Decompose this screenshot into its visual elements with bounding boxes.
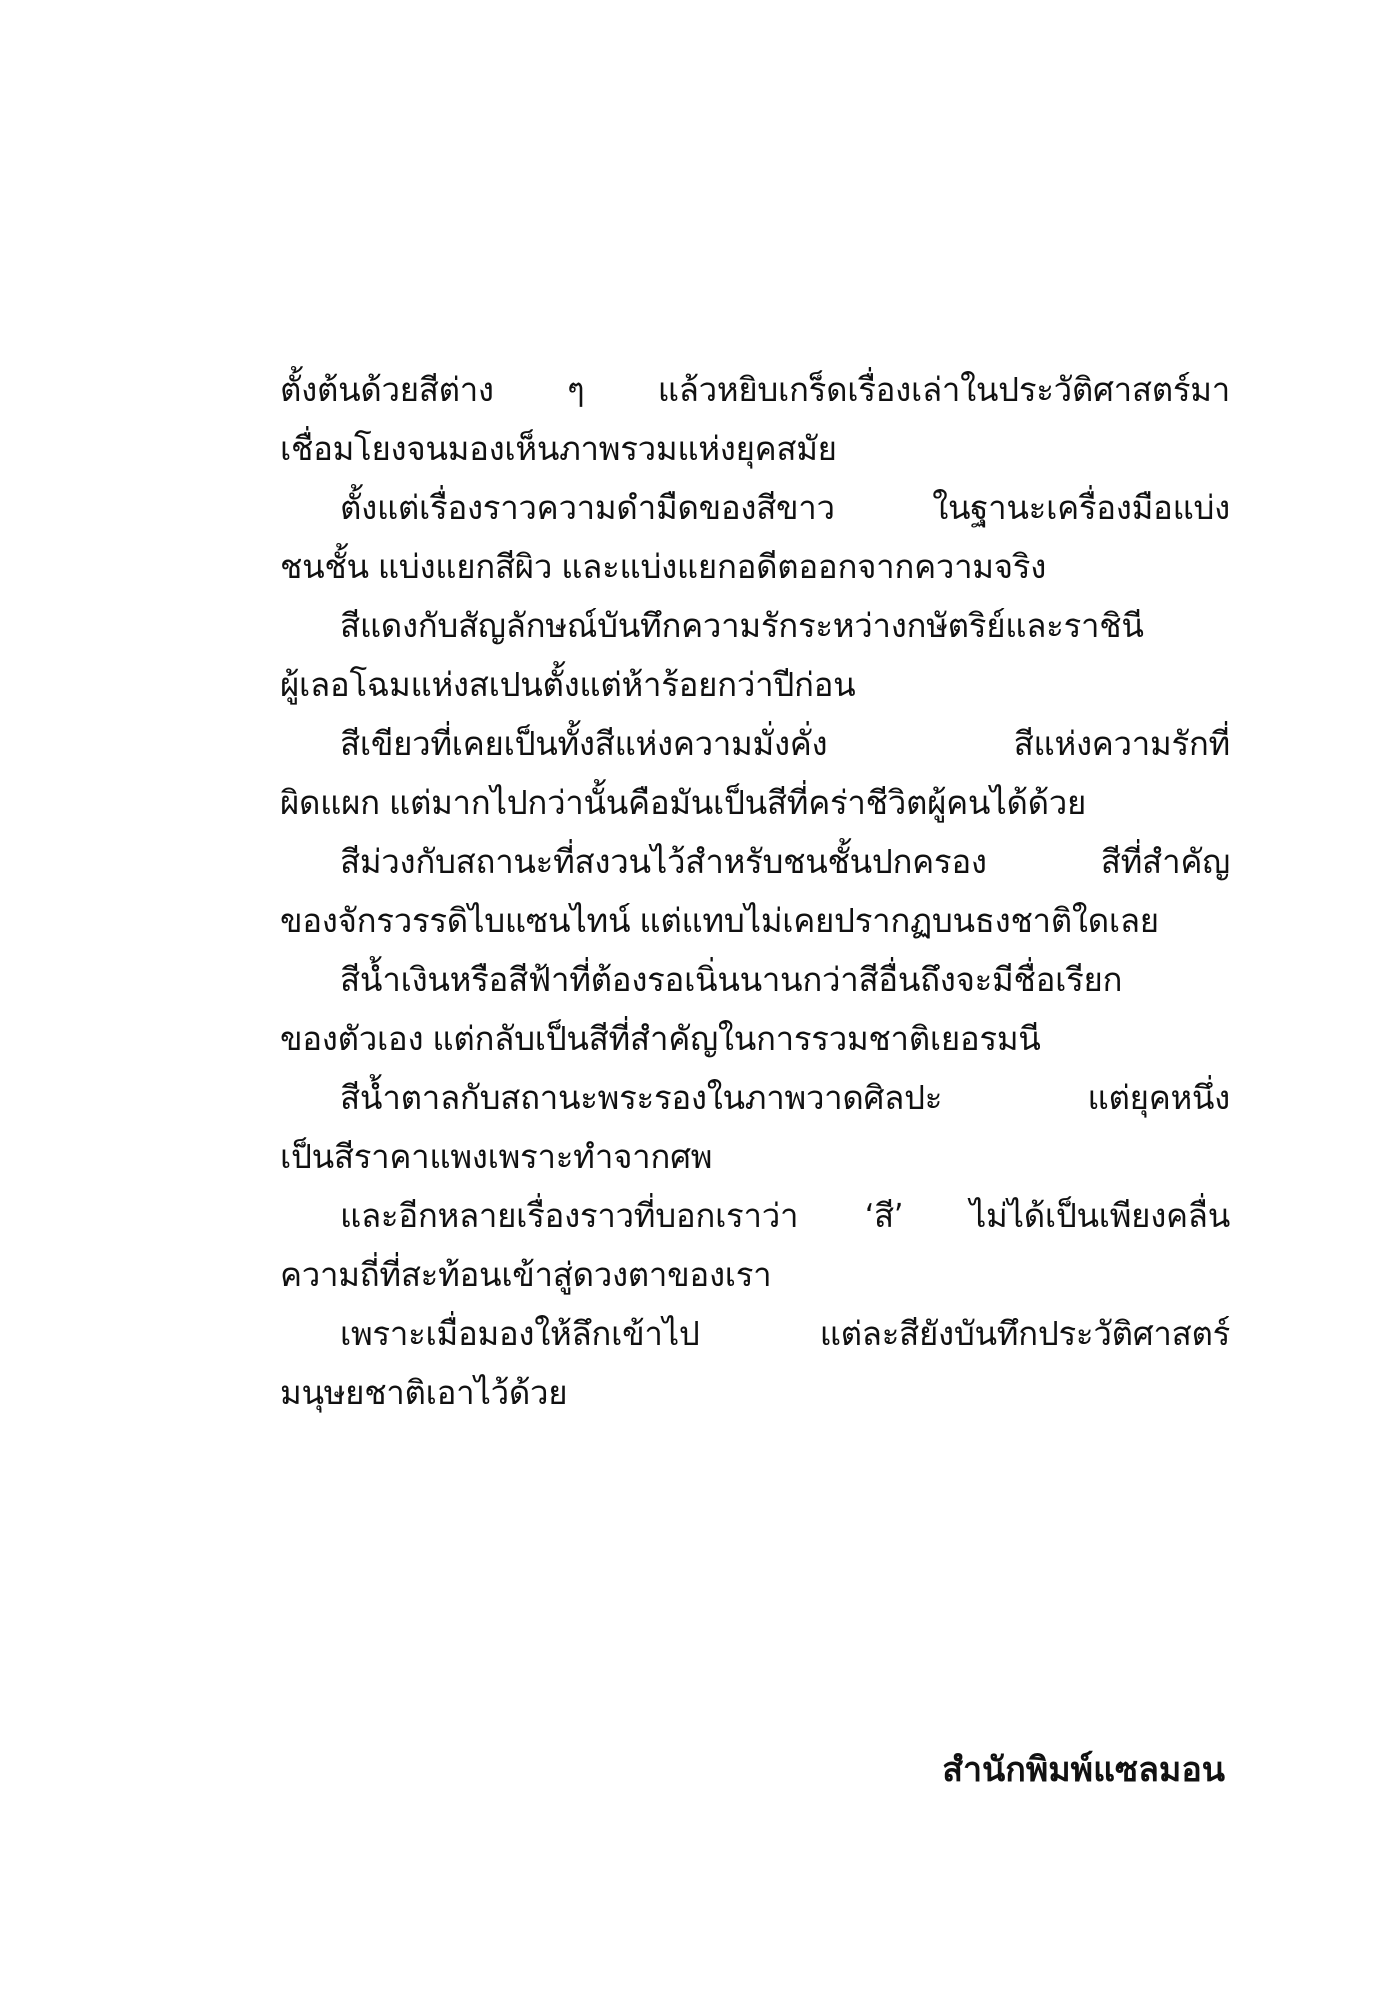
text-line: สีเขียวที่เคยเป็นทั้งสีแห่งความมั่งคั่ง …	[280, 714, 1230, 773]
text-line: ชนชั้น แบ่งแยกสีผิว และแบ่งแยกอดีตออกจาก…	[280, 537, 1230, 596]
text-line: มนุษยชาติเอาไว้ด้วย	[280, 1363, 1230, 1422]
text-line: ของตัวเอง แต่กลับเป็นสีที่สำคัญในการรวมช…	[280, 1009, 1230, 1068]
publisher-name: สำนักพิมพ์แซลมอน	[942, 1742, 1225, 1796]
book-page: ตั้งต้นด้วยสีต่าง ๆ แล้วหยิบเกร็ดเรื่องเ…	[0, 0, 1400, 2016]
text-line: ของจักรวรรดิไบแซนไทน์ แต่แทบไม่เคยปรากฏบ…	[280, 891, 1230, 950]
body-text: ตั้งต้นด้วยสีต่าง ๆ แล้วหยิบเกร็ดเรื่องเ…	[280, 360, 1230, 1422]
text-line: เป็นสีราคาแพงเพราะทำจากศพ	[280, 1127, 1230, 1186]
text-line: ตั้งแต่เรื่องราวความดำมืดของสีขาว ในฐานะ…	[280, 478, 1230, 537]
text-line: สีแดงกับสัญลักษณ์บันทึกความรักระหว่างกษั…	[280, 596, 1230, 655]
text-line: และอีกหลายเรื่องราวที่บอกเราว่า ‘สี’ ไม่…	[280, 1186, 1230, 1245]
text-line: เพราะเมื่อมองให้ลึกเข้าไป แต่ละสียังบันท…	[280, 1304, 1230, 1363]
text-line: ตั้งต้นด้วยสีต่าง ๆ แล้วหยิบเกร็ดเรื่องเ…	[280, 360, 1230, 419]
text-line: สีน้ำตาลกับสถานะพระรองในภาพวาดศิลปะ แต่ย…	[280, 1068, 1230, 1127]
text-line: เชื่อมโยงจนมองเห็นภาพรวมแห่งยุคสมัย	[280, 419, 1230, 478]
text-line: ผู้เลอโฉมแห่งสเปนตั้งแต่ห้าร้อยกว่าปีก่อ…	[280, 655, 1230, 714]
text-line: ความถี่ที่สะท้อนเข้าสู่ดวงตาของเรา	[280, 1245, 1230, 1304]
text-line: ผิดแผก แต่มากไปกว่านั้นคือมันเป็นสีที่คร…	[280, 773, 1230, 832]
text-line: สีม่วงกับสถานะที่สงวนไว้สำหรับชนชั้นปกคร…	[280, 832, 1230, 891]
text-line: สีน้ำเงินหรือสีฟ้าที่ต้องรอเนิ่นนานกว่าส…	[280, 950, 1230, 1009]
